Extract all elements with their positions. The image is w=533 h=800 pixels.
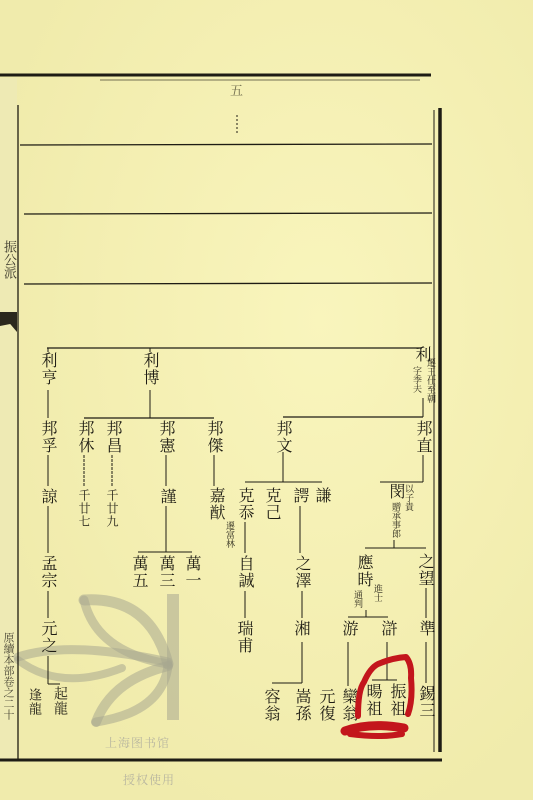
watermark-text: 授权使用 bbox=[123, 771, 175, 788]
watermark-text: 上海图书馆 bbox=[105, 734, 170, 751]
red-circle-marker bbox=[0, 0, 533, 800]
